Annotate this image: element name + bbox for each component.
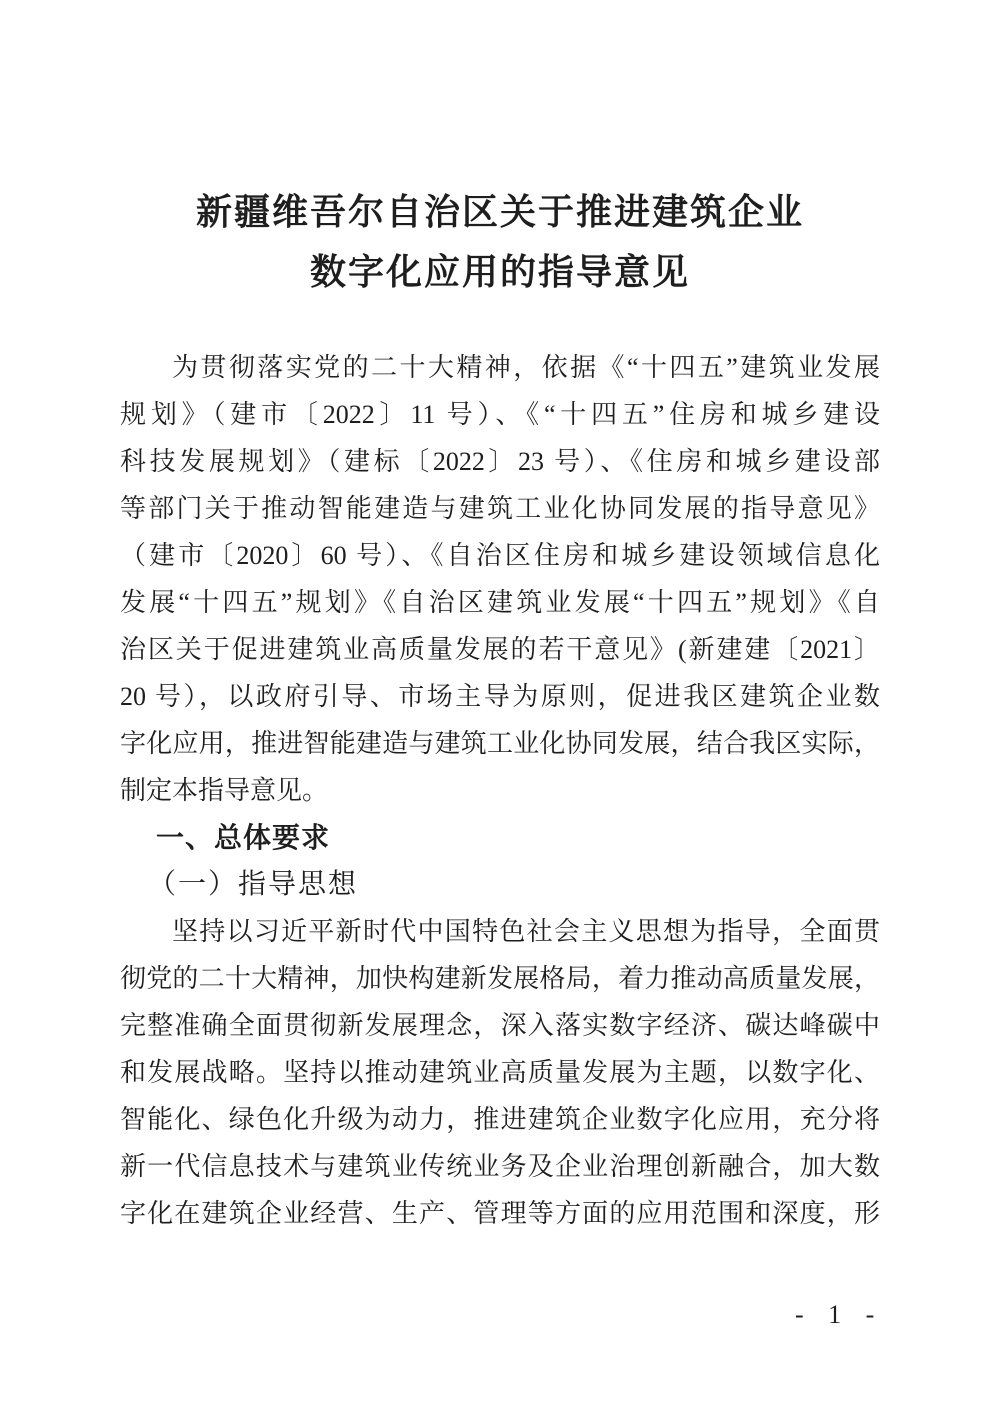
text-line: 彻党的二十大精神，加快构建新发展格局，着力推动高质量发展， — [120, 955, 880, 1002]
document-page: 新疆维吾尔自治区关于推进建筑企业数字化应用的指导意见 为贯彻落实党的二十大精神，… — [0, 0, 1000, 1413]
text-line: 智能化、绿色化升级为动力，推进建筑企业数字化应用，充分将 — [120, 1096, 880, 1143]
title-line: 新疆维吾尔自治区关于推进建筑企业 — [120, 182, 880, 242]
section-heading: 一、总体要求 — [120, 814, 880, 861]
text-line: 等部门关于推动智能建造与建筑工业化协同发展的指导意见》 — [120, 485, 880, 532]
text-line: 20 号），以政府引导、市场主导为原则，促进我区建筑企业数 — [120, 673, 880, 720]
text-line: 制定本指导意见。 — [120, 767, 880, 814]
page-number: - 1 - — [795, 1300, 883, 1330]
document-title: 新疆维吾尔自治区关于推进建筑企业数字化应用的指导意见 — [120, 182, 880, 302]
subsection-heading: （一）指导思想 — [120, 861, 880, 908]
paragraph: 坚持以习近平新时代中国特色社会主义思想为指导，全面贯彻党的二十大精神，加快构建新… — [120, 908, 880, 1237]
text-line: 发展“十四五”规划》《自治区建筑业发展“十四五”规划》《自 — [120, 579, 880, 626]
text-line: 字化应用，推进智能建造与建筑工业化协同发展，结合我区实际， — [120, 720, 880, 767]
paragraph: 为贯彻落实党的二十大精神，依据《“十四五”建筑业发展规划》（建市〔2022〕11… — [120, 344, 880, 814]
text-line: （建市〔2020〕60 号）、《自治区住房和城乡建设领域信息化 — [120, 532, 880, 579]
text-line: 完整准确全面贯彻新发展理念，深入落实数字经济、碳达峰碳中 — [120, 1002, 880, 1049]
text-line: 坚持以习近平新时代中国特色社会主义思想为指导，全面贯 — [120, 908, 880, 955]
text-line: 字化在建筑企业经营、生产、管理等方面的应用范围和深度，形 — [120, 1190, 880, 1237]
text-line: 规划》（建市〔2022〕11 号）、《“十四五”住房和城乡建设 — [120, 391, 880, 438]
text-line: 和发展战略。坚持以推动建筑业高质量发展为主题，以数字化、 — [120, 1049, 880, 1096]
text-line: 为贯彻落实党的二十大精神，依据《“十四五”建筑业发展 — [120, 344, 880, 391]
text-line: 治区关于促进建筑业高质量发展的若干意见》(新建建〔2021〕 — [120, 626, 880, 673]
text-line: 科技发展规划》（建标〔2022〕23 号）、《住房和城乡建设部 — [120, 438, 880, 485]
text-line: 新一代信息技术与建筑业传统业务及企业治理创新融合，加大数 — [120, 1143, 880, 1190]
document-content: 为贯彻落实党的二十大精神，依据《“十四五”建筑业发展规划》（建市〔2022〕11… — [120, 344, 880, 1237]
title-line: 数字化应用的指导意见 — [120, 242, 880, 302]
